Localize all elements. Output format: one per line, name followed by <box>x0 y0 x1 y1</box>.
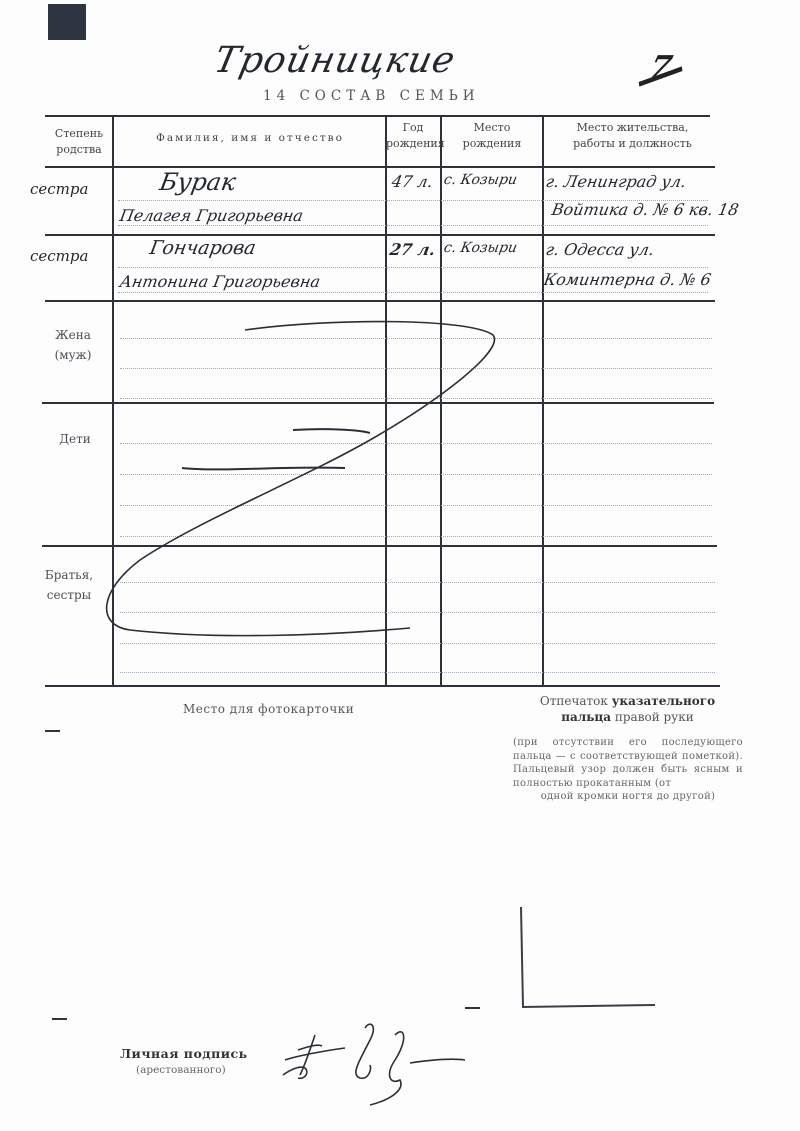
row-label-siblings: Братья, сестры <box>24 565 114 605</box>
fingerprint-title: Отпечаток указательного пальца правой ру… <box>520 693 735 725</box>
residence-line2-cell: Войтика д. № 6 кв. 18 <box>550 200 740 219</box>
residence-line1-cell: г. Одесса ул. <box>544 240 655 259</box>
given-names-cell: Пелагея Григорьевна <box>118 206 304 225</box>
signature-label: Личная подпись <box>120 1046 248 1061</box>
family-table: Степень родства Фамилия, имя и отчество … <box>0 0 800 700</box>
birth-year-cell: 47 л. <box>390 172 434 191</box>
residence-line2-cell: Коминтерна д. № 6 <box>542 270 712 289</box>
given-names-cell: Антонина Григорьевна <box>118 272 321 291</box>
col-header-name: Фамилия, имя и отчество <box>115 130 385 146</box>
fingerprint-instructions: (при отсутствии его последующего пальца … <box>513 736 743 804</box>
birth-year-cell: 27 л. <box>388 240 436 259</box>
col-header-year: Год рождения <box>386 120 440 152</box>
residence-line1-cell: г. Ленинград ул. <box>544 172 687 191</box>
surname-cell: Гончарова <box>148 237 258 259</box>
relation-cell: сестра <box>30 247 88 265</box>
relation-cell: сестра <box>30 180 88 198</box>
col-header-relation: Степень родства <box>48 126 110 158</box>
row-label-spouse: Жена (муж) <box>28 325 118 365</box>
birthplace-cell: с. Козыри <box>443 172 519 188</box>
col-header-birthplace: Место рождения <box>443 120 541 152</box>
photo-area-label: Место для фотокарточки <box>183 702 354 716</box>
birthplace-cell: с. Козыри <box>443 240 519 256</box>
surname-cell: Бурак <box>158 168 238 196</box>
signature-sublabel: (арестованного) <box>136 1064 226 1076</box>
col-header-residence: Место жительства, работы и должность <box>555 120 710 152</box>
row-label-children: Дети <box>30 429 120 449</box>
